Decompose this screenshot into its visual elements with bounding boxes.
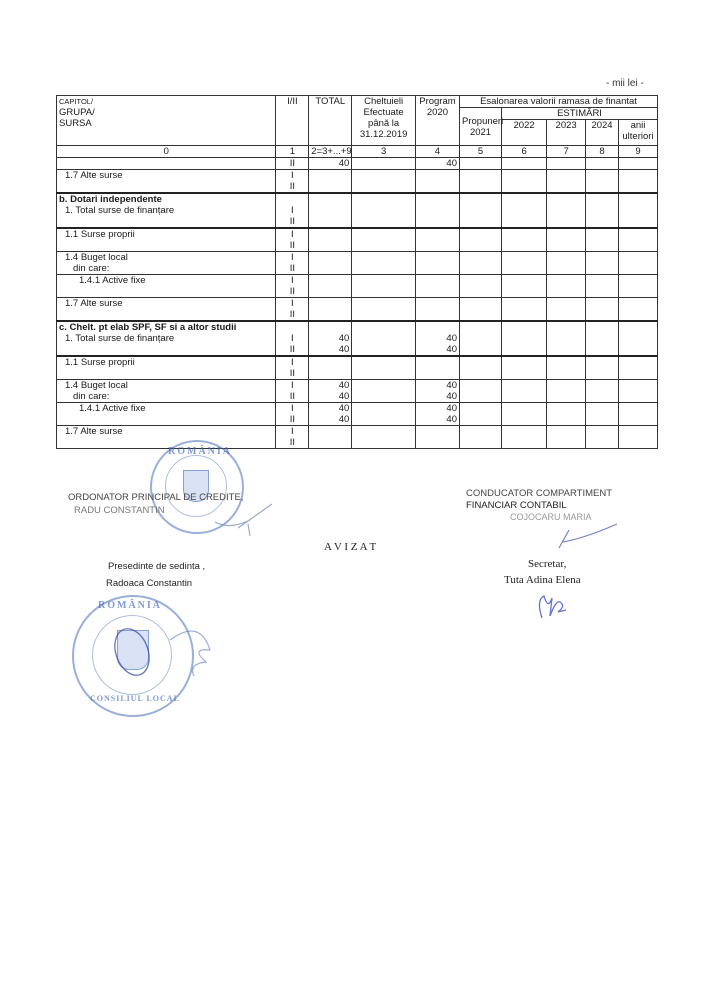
row-label: b. Dotari independente1. Total surse de … [57, 193, 276, 228]
units-label: - mii lei - [606, 78, 644, 89]
row-type: III [276, 228, 309, 252]
row-label [57, 158, 276, 170]
row-type: II [276, 158, 309, 170]
header-capitol: CAPITOL/ GRUPA/ SURSA [57, 96, 276, 146]
program-cell: 4040 [415, 380, 459, 403]
cheltuieli-cell [352, 380, 416, 403]
total-cell: 4040 [309, 403, 352, 426]
table-row: II4040 [57, 158, 658, 170]
stamp-top-text: ROMÂNIA [168, 446, 232, 457]
program-cell [415, 275, 459, 298]
estimate-cell [618, 356, 657, 380]
estimate-cell [502, 275, 547, 298]
estimate-cell [460, 252, 502, 275]
estimate-cell [460, 170, 502, 194]
header-2023: 2023 [547, 120, 586, 146]
estimate-cell [502, 380, 547, 403]
cheltuieli-cell [352, 356, 416, 380]
total-cell: 40 [309, 158, 352, 170]
council-stamp-top-text: ROMÂNIA [98, 600, 162, 611]
section-title: b. Dotari independente [59, 194, 273, 205]
cheltuieli-cell [352, 321, 416, 356]
table-row: 1.1 Surse propriiIII [57, 356, 658, 380]
estimate-cell [547, 426, 586, 449]
table-row: 1.4.1 Active fixeIII40404040 [57, 403, 658, 426]
cheltuieli-cell [352, 228, 416, 252]
secretar-signature-icon [532, 590, 572, 622]
cheltuieli-cell [352, 298, 416, 322]
program-cell [415, 426, 459, 449]
row-label: 1.7 Alte surse [57, 170, 276, 194]
header-program: Program 2020 [415, 96, 459, 146]
cheltuieli-cell [352, 426, 416, 449]
ordonator-name: RADU CONSTANTIN [74, 505, 165, 516]
conducator-title-1: CONDUCATOR COMPARTIMENT [466, 488, 612, 499]
estimate-cell [502, 321, 547, 356]
row-label: 1.4.1 Active fixe [57, 275, 276, 298]
estimate-cell [460, 426, 502, 449]
row-type: III [276, 298, 309, 322]
estimate-cell [460, 275, 502, 298]
estimate-cell [547, 170, 586, 194]
conducator-signature-icon [555, 520, 625, 552]
estimate-cell [618, 298, 657, 322]
estimate-cell [586, 403, 619, 426]
total-cell [309, 298, 352, 322]
avizat-label: A V I Z A T [324, 541, 376, 553]
header-2022: 2022 [502, 120, 547, 146]
row-label: 1.4 Buget localdin care: [57, 252, 276, 275]
presedinte-title: Presedinte de sedinta , [108, 561, 205, 572]
total-cell [309, 275, 352, 298]
program-cell [415, 170, 459, 194]
row-type: III [276, 252, 309, 275]
row-type: III [276, 380, 309, 403]
header-2024: 2024 [586, 120, 619, 146]
program-cell [415, 356, 459, 380]
estimate-cell [502, 158, 547, 170]
table-row: b. Dotari independente1. Total surse de … [57, 193, 658, 228]
total-cell [309, 356, 352, 380]
total-cell: 4040 [309, 380, 352, 403]
total-cell [309, 193, 352, 228]
estimate-cell [502, 298, 547, 322]
cheltuieli-cell [352, 275, 416, 298]
estimate-cell [618, 321, 657, 356]
program-cell [415, 228, 459, 252]
estimate-cell [502, 252, 547, 275]
estimate-cell [618, 193, 657, 228]
header-esalonarea: Esalonarea valorii ramasa de finantat [460, 96, 658, 108]
header-ulteriori: anii ulteriori [618, 120, 657, 146]
estimate-cell [586, 426, 619, 449]
program-cell: 40 [415, 158, 459, 170]
estimate-cell [586, 298, 619, 322]
estimate-cell [547, 356, 586, 380]
row-type: III [276, 170, 309, 194]
estimate-cell [547, 298, 586, 322]
program-cell [415, 298, 459, 322]
estimate-cell [547, 158, 586, 170]
estimate-cell [460, 228, 502, 252]
header-propuneri: Propuneri 2021 [460, 108, 502, 146]
table-row: 1.7 Alte surseIII [57, 426, 658, 449]
row-label: 1.7 Alte surse [57, 426, 276, 449]
total-cell [309, 426, 352, 449]
estimate-cell [502, 426, 547, 449]
estimate-cell [547, 321, 586, 356]
cheltuieli-cell [352, 252, 416, 275]
row-type: III [276, 275, 309, 298]
estimate-cell [460, 298, 502, 322]
total-cell [309, 252, 352, 275]
row-label: 1.7 Alte surse [57, 298, 276, 322]
program-cell [415, 252, 459, 275]
secretar-title: Secretar, [528, 558, 566, 570]
estimate-cell [586, 321, 619, 356]
estimate-cell [586, 193, 619, 228]
conducator-title-2: FINANCIAR CONTABIL [466, 500, 567, 511]
presedinte-name: Radoaca Constantin [106, 578, 192, 589]
header-cheltuieli: Cheltuieli Efectuate până la 31.12.2019 [352, 96, 416, 146]
section-title: c. Chelt. pt elab SPF, SF si a altor stu… [59, 322, 273, 333]
table-row: c. Chelt. pt elab SPF, SF si a altor stu… [57, 321, 658, 356]
row-type: III [276, 356, 309, 380]
estimate-cell [618, 228, 657, 252]
row-label: 1.1 Surse proprii [57, 356, 276, 380]
estimate-cell [547, 403, 586, 426]
secretar-name: Tuta Adina Elena [504, 574, 581, 586]
program-cell: 4040 [415, 403, 459, 426]
estimate-cell [586, 158, 619, 170]
header-r: I/II [276, 96, 309, 146]
estimate-cell [618, 170, 657, 194]
table-row: 1.1 Surse propriiIII [57, 228, 658, 252]
total-cell: 4040 [309, 321, 352, 356]
estimate-cell [502, 193, 547, 228]
estimate-cell [547, 228, 586, 252]
estimate-cell [502, 356, 547, 380]
estimate-cell [460, 321, 502, 356]
row-type: III [276, 193, 309, 228]
estimate-cell [547, 252, 586, 275]
table-row: 1.7 Alte surseIII [57, 298, 658, 322]
estimate-cell [502, 403, 547, 426]
row-type: III [276, 403, 309, 426]
index-row: 0 1 2=3+...+9 3 4 5 6 7 8 9 [57, 146, 658, 158]
estimate-cell [618, 403, 657, 426]
total-cell [309, 228, 352, 252]
estimate-cell [547, 193, 586, 228]
cheltuieli-cell [352, 158, 416, 170]
row-type: III [276, 321, 309, 356]
council-signature-icon [110, 620, 220, 700]
header-total: TOTAL [309, 96, 352, 146]
estimate-cell [460, 403, 502, 426]
cheltuieli-cell [352, 170, 416, 194]
estimate-cell [618, 275, 657, 298]
row-label: 1.4.1 Active fixe [57, 403, 276, 426]
estimate-cell [618, 380, 657, 403]
estimate-cell [547, 275, 586, 298]
estimate-cell [460, 380, 502, 403]
estimate-cell [460, 356, 502, 380]
estimate-cell [586, 252, 619, 275]
table-row: 1.4 Buget localdin care:III [57, 252, 658, 275]
budget-table: CAPITOL/ GRUPA/ SURSA I/II TOTAL Cheltui… [56, 95, 658, 449]
program-cell: 4040 [415, 321, 459, 356]
estimate-cell [618, 252, 657, 275]
estimate-cell [586, 228, 619, 252]
table-row: 1.4 Buget localdin care:III40404040 [57, 380, 658, 403]
estimate-cell [618, 158, 657, 170]
cheltuieli-cell [352, 403, 416, 426]
row-label: c. Chelt. pt elab SPF, SF si a altor stu… [57, 321, 276, 356]
row-type: III [276, 426, 309, 449]
estimate-cell [502, 170, 547, 194]
estimate-cell [586, 380, 619, 403]
table-row: 1.7 Alte surseIII [57, 170, 658, 194]
estimate-cell [460, 158, 502, 170]
cheltuieli-cell [352, 193, 416, 228]
estimate-cell [547, 380, 586, 403]
table-row: 1.4.1 Active fixeIII [57, 275, 658, 298]
estimate-cell [618, 426, 657, 449]
estimate-cell [460, 193, 502, 228]
total-cell [309, 170, 352, 194]
estimate-cell [502, 228, 547, 252]
ordonator-signature-icon [210, 500, 280, 540]
row-label: 1.4 Buget localdin care: [57, 380, 276, 403]
row-label: 1.1 Surse proprii [57, 228, 276, 252]
estimate-cell [586, 356, 619, 380]
estimate-cell [586, 275, 619, 298]
program-cell [415, 193, 459, 228]
estimate-cell [586, 170, 619, 194]
header-estimari: ESTIMĂRI [502, 108, 658, 120]
